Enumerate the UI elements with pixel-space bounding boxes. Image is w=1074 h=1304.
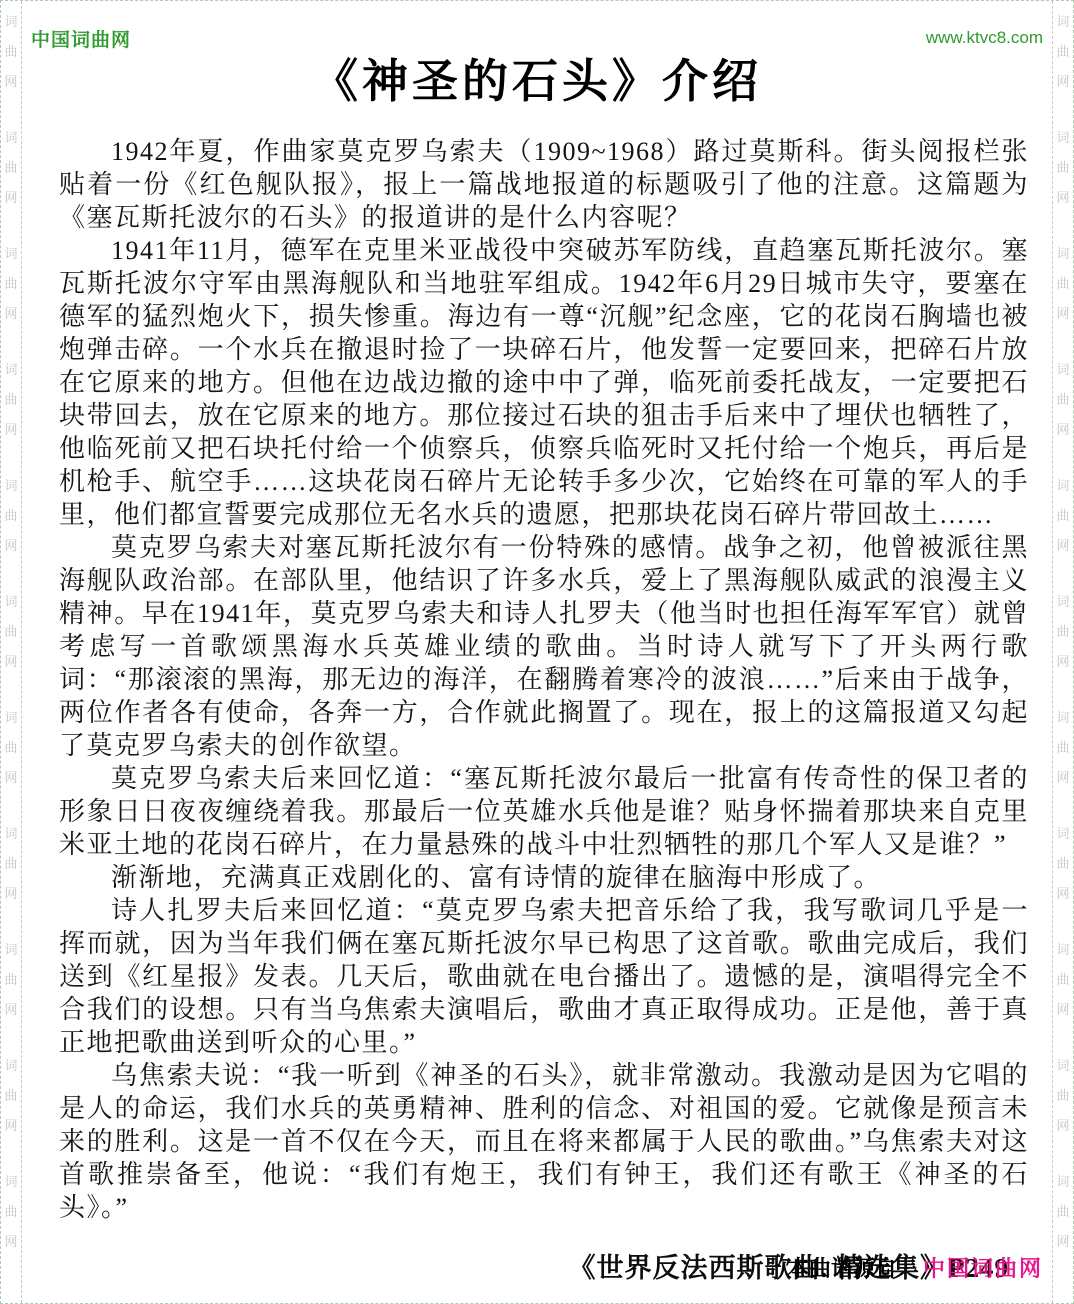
page-title: 《神圣的石头》介绍 bbox=[61, 45, 1013, 111]
watermark-column-right: 词曲网词曲网词曲网词曲网词曲网词曲网词曲网词曲网词曲网词曲网词曲网 bbox=[1052, 1, 1073, 1303]
watermark-column-left: 词曲网词曲网词曲网词曲网词曲网词曲网词曲网词曲网词曲网词曲网词曲网 bbox=[1, 1, 22, 1303]
paragraph: 莫克罗乌索夫后来回忆道：“塞瓦斯托波尔最后一批富有传奇性的保卫者的形象日日夜夜缠… bbox=[59, 762, 1029, 861]
paragraph: 1942年夏，作曲家莫克罗乌索夫（1909~1968）路过莫斯科。街头阅报栏张贴… bbox=[59, 135, 1029, 234]
footer-credit-prefix: 本曲谱源自 bbox=[787, 1256, 897, 1281]
watermark-text: 词曲网 bbox=[1, 587, 21, 677]
document-page: 词曲网词曲网词曲网词曲网词曲网词曲网词曲网词曲网词曲网词曲网词曲网 词曲网词曲网… bbox=[0, 0, 1074, 1304]
footer-credit: 本曲谱源自中国词曲网 bbox=[787, 1252, 1043, 1283]
watermark-text: 词曲网 bbox=[1, 355, 21, 445]
watermark-text: 词曲网 bbox=[1, 123, 21, 213]
footer-site-link[interactable]: 中国词曲网 bbox=[923, 1256, 1043, 1281]
watermark-text: 词曲网 bbox=[1053, 355, 1073, 445]
watermark-text: 词曲网 bbox=[1, 935, 21, 1025]
paragraph: 渐渐地，充满真正戏剧化的、富有诗情的旋律在脑海中形成了。 bbox=[59, 861, 1029, 894]
paragraph: 诗人扎罗夫后来回忆道：“莫克罗乌索夫把音乐给了我，我写歌词几乎是一挥而就，因为当… bbox=[59, 894, 1029, 1059]
paragraph: 乌焦索夫说：“我一听到《神圣的石头》，就非常激动。我激动是因为它唱的是人的命运，… bbox=[59, 1059, 1029, 1224]
watermark-text: 词曲网 bbox=[1053, 819, 1073, 909]
watermark-text: 词曲网 bbox=[1053, 935, 1073, 1025]
watermark-text: 词曲网 bbox=[1053, 587, 1073, 677]
watermark-text: 词曲网 bbox=[1053, 1167, 1073, 1257]
watermark-text: 词曲网 bbox=[1053, 471, 1073, 561]
watermark-text: 词曲网 bbox=[1053, 703, 1073, 793]
watermark-text: 词曲网 bbox=[1053, 7, 1073, 97]
site-name-link[interactable]: 中国词曲网 bbox=[31, 25, 131, 52]
site-url-link[interactable]: www.ktvc8.com bbox=[926, 28, 1043, 48]
watermark-text: 词曲网 bbox=[1, 819, 21, 909]
watermark-text: 词曲网 bbox=[1, 239, 21, 329]
watermark-text: 词曲网 bbox=[1, 703, 21, 793]
paragraph: 1941年11月，德军在克里米亚战役中突破苏军防线，直趋塞瓦斯托波尔。塞瓦斯托波… bbox=[59, 234, 1029, 531]
watermark-text: 词曲网 bbox=[1053, 1051, 1073, 1141]
watermark-text: 词曲网 bbox=[1, 471, 21, 561]
watermark-text: 词曲网 bbox=[1, 7, 21, 97]
article-body: 1942年夏，作曲家莫克罗乌索夫（1909~1968）路过莫斯科。街头阅报栏张贴… bbox=[59, 135, 1029, 1224]
watermark-text: 词曲网 bbox=[1, 1051, 21, 1141]
watermark-text: 词曲网 bbox=[1, 1167, 21, 1257]
paragraph: 莫克罗乌索夫对塞瓦斯托波尔有一份特殊的感情。战争之初，他曾被派往黑海舰队政治部。… bbox=[59, 531, 1029, 762]
watermark-text: 词曲网 bbox=[1053, 123, 1073, 213]
watermark-text: 词曲网 bbox=[1053, 239, 1073, 329]
